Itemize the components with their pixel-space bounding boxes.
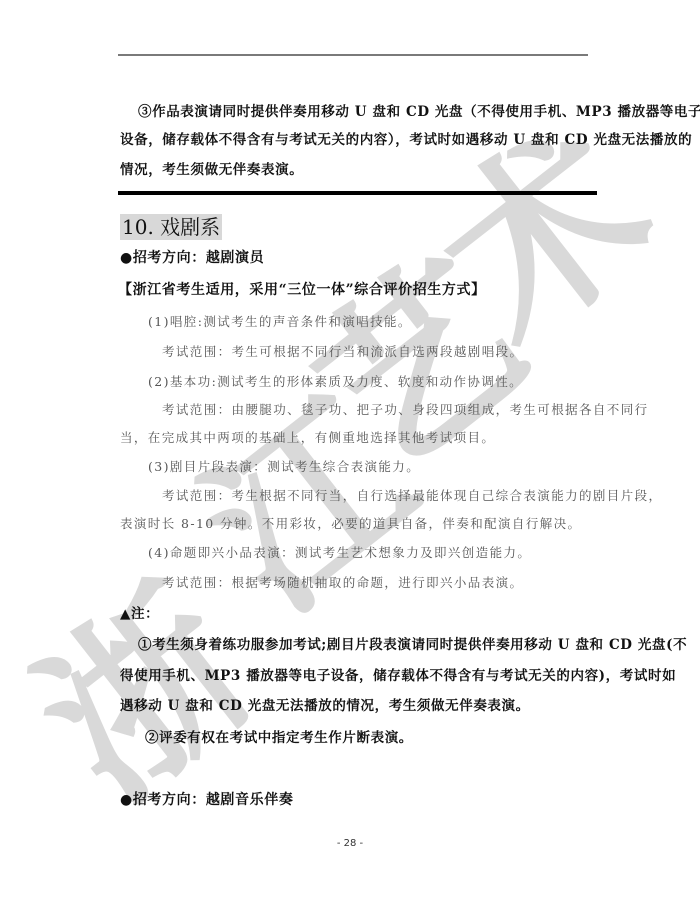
exam-item-label: (2)基本功:测试考生的形体素质及力度、软度和动作协调性。 bbox=[148, 373, 523, 391]
exam-item-label: (3)剧目片段表演：测试考生综合表演能力。 bbox=[148, 458, 420, 476]
page-number: - 28 - bbox=[0, 838, 700, 849]
note-line: 得使用手机、MP3 播放器等电子设备，储存载体不得含有与考试无关的内容)，考试时… bbox=[120, 667, 676, 685]
admission-mode: 【浙江省考生适用，采用“三位一体”综合评价招生方式】 bbox=[118, 281, 486, 299]
document-page: ③作品表演请同时提供伴奏用移动 U 盘和 CD 光盘（不得使用手机、MP3 播放… bbox=[0, 0, 700, 905]
note-line: 遇移动 U 盘和 CD 光盘无法播放的情况，考生须做无伴奏表演。 bbox=[120, 697, 530, 715]
intro-note-line: ③作品表演请同时提供伴奏用移动 U 盘和 CD 光盘（不得使用手机、MP3 播放… bbox=[138, 103, 700, 121]
intro-note-line: 设备，储存载体不得含有与考试无关的内容），考试时如遇移动 U 盘和 CD 光盘无… bbox=[120, 131, 692, 149]
note-line: ①考生须身着练功服参加考试;剧目片段表演请同时提供伴奏用移动 U 盘和 CD 光… bbox=[138, 636, 687, 654]
note-line: ②评委有权在考试中指定考生作片断表演。 bbox=[145, 729, 413, 747]
exam-item-scope: 考试范围：根据考场随机抽取的命题，进行即兴小品表演。 bbox=[162, 574, 523, 592]
exam-item-scope: 考试范围：考生可根据不同行当和流派自选两段越剧唱段。 bbox=[162, 343, 523, 361]
recruitment-direction: ●招考方向：越剧演员 bbox=[120, 249, 264, 267]
recruitment-direction: ●招考方向：越剧音乐伴奏 bbox=[120, 791, 293, 809]
exam-item-label: (4)命题即兴小品表演：测试考生艺术想象力及即兴创造能力。 bbox=[148, 544, 531, 562]
exam-item-scope: 考试范围：考生根据不同行当，自行选择最能体现自己综合表演能力的剧目片段， bbox=[162, 487, 662, 505]
notes-heading: ▲注： bbox=[120, 605, 159, 623]
intro-note-line: 情况，考生须做无伴奏表演。 bbox=[120, 161, 303, 179]
exam-item-scope: 当，在完成其中两项的基础上，有侧重地选择其他考试项目。 bbox=[120, 429, 495, 447]
exam-item-scope: 考试范围：由腰腿功、毯子功、把子功、身段四项组成，考生可根据各自不同行 bbox=[162, 401, 649, 419]
exam-item-scope: 表演时长 8-10 分钟。不用彩妆，必要的道具自备，伴奏和配演自行解决。 bbox=[120, 515, 581, 533]
exam-item-label: (1)唱腔:测试考生的声音条件和演唱技能。 bbox=[148, 313, 412, 331]
header-rule bbox=[118, 54, 588, 56]
section-divider bbox=[118, 191, 597, 195]
section-title: 10. 戏剧系 bbox=[120, 214, 222, 240]
